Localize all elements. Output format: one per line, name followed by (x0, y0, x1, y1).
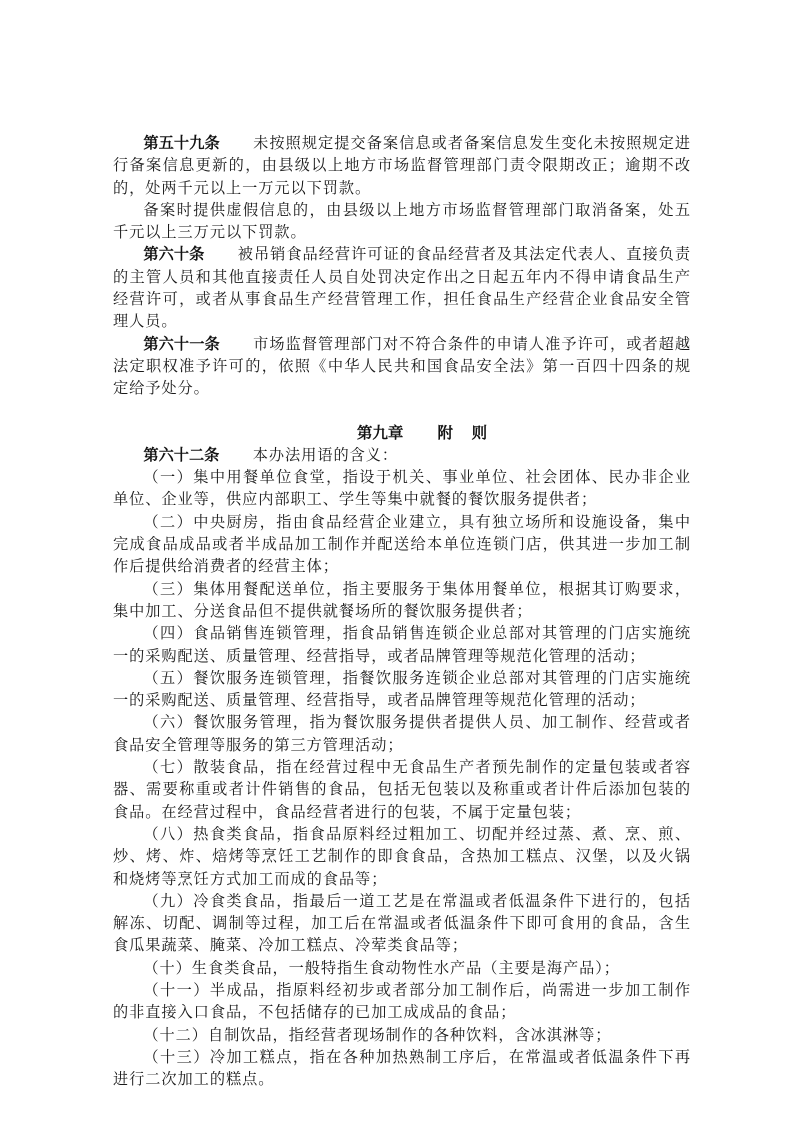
definition-item-9: （九）冷食类食品，指最后一道工艺是在常温或者低温条件下进行的，包括解冻、切配、调… (113, 890, 691, 957)
definition-item-5: （五）餐饮服务连锁管理，指餐饮服务连锁企业总部对其管理的门店实施统一的采购配送、… (113, 667, 691, 712)
article-60-paragraph: 第六十条被吊销食品经营许可证的食品经营者及其法定代表人、直接负责的主管人员和其他… (113, 243, 691, 332)
article-59-paragraph-1: 第五十九条未按照规定提交备案信息或者备案信息发生变化未按照规定进行备案信息更新的… (113, 132, 691, 199)
article-62-intro: 本办法用语的含义： (253, 446, 398, 464)
article-61-number: 第六十一条 (143, 335, 219, 353)
definition-item-1: （一）集中用餐单位食堂，指设于机关、事业单位、社会团体、民办非企业单位、企业等，… (113, 466, 691, 511)
chapter-title-part2: 则 (472, 424, 488, 442)
article-59-paragraph-2: 备案时提供虚假信息的，由县级以上地方市场监督管理部门取消备案，处五千元以上三万元… (113, 199, 691, 244)
article-61-paragraph: 第六十一条市场监督管理部门对不符合条件的申请人准予许可，或者超越法定职权准予许可… (113, 333, 691, 400)
definition-item-12: （十二）自制饮品，指经营者现场制作的各种饮料，含冰淇淋等； (113, 1024, 691, 1046)
definition-item-10: （十）生食类食品，一般特指生食动物性水产品（主要是海产品）； (113, 957, 691, 979)
definition-item-3: （三）集体用餐配送单位，指主要服务于集体用餐单位，根据其订购要求，集中加工、分送… (113, 578, 691, 623)
article-62-intro-paragraph: 第六十二条本办法用语的含义： (113, 444, 691, 466)
definition-item-2: （二）中央厨房，指由食品经营企业建立，具有独立场所和设施设备，集中完成食品成品或… (113, 511, 691, 578)
definition-item-8: （八）热食类食品，指食品原料经过粗加工、切配并经过蒸、煮、烹、煎、炒、烤、炸、焙… (113, 823, 691, 890)
definition-item-7: （七）散装食品，指在经营过程中无食品生产者预先制作的定量包装或者容器、需要称重或… (113, 756, 691, 823)
chapter-number: 第九章 (357, 424, 404, 442)
chapter-heading: 第九章附则 (113, 422, 691, 444)
article-60-number: 第六十条 (143, 245, 204, 263)
definition-item-11: （十一）半成品，指原料经初步或者部分加工制作后，尚需进一步加工制作的非直接入口食… (113, 979, 691, 1024)
chapter-title-part1: 附 (437, 424, 453, 442)
definition-item-4: （四）食品销售连锁管理，指食品销售连锁企业总部对其管理的门店实施统一的采购配送、… (113, 622, 691, 667)
definition-item-6: （六）餐饮服务管理，指为餐饮服务提供者提供人员、加工制作、经营或者食品安全管理等… (113, 711, 691, 756)
definition-item-13: （十三）冷加工糕点，指在各种加热熟制工序后，在常温或者低温条件下再进行二次加工的… (113, 1046, 691, 1091)
article-62-number: 第六十二条 (143, 446, 219, 464)
article-59-number: 第五十九条 (143, 134, 219, 152)
document-page: 第五十九条未按照规定提交备案信息或者备案信息发生变化未按照规定进行备案信息更新的… (113, 132, 691, 1090)
